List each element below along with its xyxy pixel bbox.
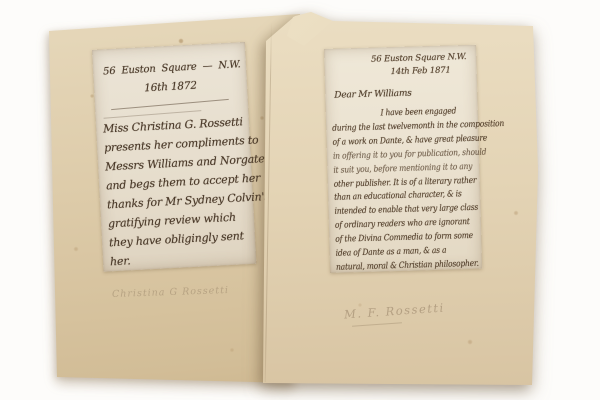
date-line: 16th 1872 xyxy=(94,77,247,97)
pen-flourish-line xyxy=(111,99,229,110)
left-letter: 56 Euston Square — N.W. 16th 1872 Miss C… xyxy=(92,42,256,272)
left-sheet-shadow xyxy=(0,0,600,400)
folded-corner xyxy=(0,0,600,400)
letter-line: natural, moral & Christian philosopher. xyxy=(336,258,463,275)
photograph-two-rossetti-letters: 56 Euston Square — N.W. 16th 1872 Miss C… xyxy=(0,0,600,400)
right-sheet-shadow xyxy=(0,0,600,400)
right-backing-sheet xyxy=(0,0,600,400)
pencil-underline xyxy=(352,322,402,326)
date-line: 14th Feb 1871 xyxy=(390,65,450,77)
address-line: 56 Euston Square — N.W. xyxy=(103,59,241,77)
letter-body: I have been engaged during the last twel… xyxy=(332,105,483,276)
salutation-line: Dear Mr Williams xyxy=(334,89,412,101)
pencil-inscription-right: M. F. Rossetti xyxy=(344,301,445,322)
address-line: 56 Euston Square N.W. xyxy=(371,52,466,65)
right-letter: 56 Euston Square N.W. 14th Feb 1871 Dear… xyxy=(324,45,482,273)
pencil-inscription-left: Christina G Rossetti xyxy=(112,285,229,300)
letter-body: Miss Christina G. Rossetti presents her … xyxy=(103,111,265,271)
left-backing-sheet xyxy=(0,0,600,400)
